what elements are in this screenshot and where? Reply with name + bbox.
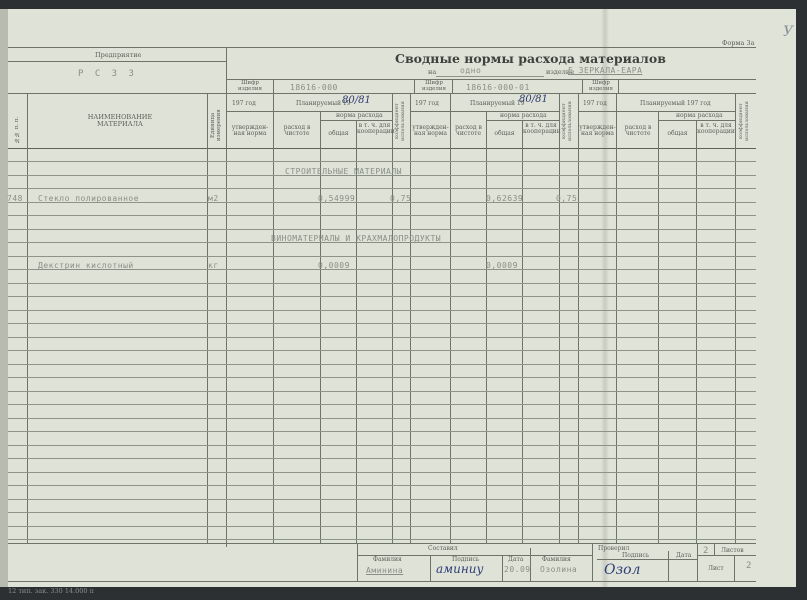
compiled-surname-label: Фамилия [373,557,402,563]
header-top-border [8,47,756,48]
paper-binding-edge [0,9,8,587]
b2-approved-header: утвержден-ная норма [411,125,450,137]
row-rule [8,512,756,513]
enterprise-label-divider [8,61,226,62]
b3-net-header: расход в чистоте [618,125,658,137]
b2-total-value: 0,62639 [486,194,523,203]
row-name-dextrin: Декстрин кислотный [38,261,134,270]
b2-planned-label: Планируемый 19 [470,101,525,107]
izdelie-value: Е ЗЕРКАЛА-ЕАРА [568,66,642,75]
row-rule [8,404,756,405]
row-rule [8,499,756,500]
b1-year-label: 197 год [232,101,256,107]
na-value: одно [460,66,481,75]
sheet-label: Лист [708,566,724,572]
shifr3-label: Шифр изделия [584,80,618,92]
b3-year-label: 197 год [583,101,607,107]
footer-div-e [714,543,715,555]
row-rule [8,472,756,473]
b1-coef-value: 0,75 [390,194,411,203]
shifr3-divider [618,79,619,93]
row-rule [8,337,756,338]
shifr2-divider [452,79,453,93]
section-title-construction: СТРОИТЕЛЬНЫЕ МАТЕРИАЛЫ [285,167,402,176]
shifr2-value: 18616-000-01 [466,83,530,92]
footer-div-b [502,555,503,581]
b1-planned-year-handwritten: 80/81 [342,95,371,106]
compiled-date-label: Дата [508,557,523,563]
checked-signature: Озол [604,562,640,578]
compiled-date: 20.09 [504,565,531,574]
b1-total-header: общая [322,131,355,137]
b1-div-total [356,120,357,543]
b3-approved-header: утвержден-ная норма [579,125,616,137]
shifr2-left-divider [414,79,415,93]
b2-norm-header: норма расхода [500,113,547,119]
row-rule [8,377,756,378]
b1-net-header: расход в чистоте [276,125,318,137]
row-rule [8,215,756,216]
b2-coop-header: в т. ч. для кооперации [523,123,559,135]
b2-coef-header: коэффициент использования [561,96,576,146]
row-rule [8,229,756,230]
footer-left-divider [357,543,358,581]
b3-div-total [696,120,697,543]
b1-norm-header: норма расхода [336,113,383,119]
row-rule [8,310,756,311]
row-number: 748 [7,194,23,203]
b2-total-value: 0,0009 [486,261,518,270]
checked-surname: Озолина [540,565,577,574]
row-rule [8,188,756,189]
b2-net-header: расход в чистоте [451,125,486,137]
b1-approved-header: утвержден-ная норма [229,125,271,137]
shifr-top-border [226,79,756,80]
b3-norm-divider [658,120,735,121]
b2-coef-value: 0,75 [556,194,577,203]
print-info: 12 тип. зак. 330 14.000 п [8,588,94,594]
b1-coop-header: в т. ч. для кооперации [357,123,392,135]
row-rule [8,350,756,351]
col-name-header: НАИМЕНОВАНИЕ МАТЕРИАЛА [70,114,170,128]
row-rule [8,431,756,432]
b3-coop-header: в т. ч. для кооперации [697,123,735,135]
footer-bottom-border [8,581,756,582]
shifr1-value: 18616-000 [290,83,338,92]
b1-total-value: 0,0009 [318,261,350,270]
b1-coef-header: коэффициент использования [394,96,409,146]
sheet-number: 2 [746,561,752,571]
footer-checked-divider [592,543,593,581]
row-rule [8,539,756,540]
section-title-wine-starch: ВИНОМАТЕРИАЛЫ И КРАХМАЛОПРОДУКТЫ [271,234,441,243]
row-rule [8,283,756,284]
form-title: Сводные нормы расхода материалов [395,51,666,66]
b2-planned-year-handwritten: 80/81 [519,94,548,105]
corner-page-mark: У [783,24,793,40]
b2-year-label: 197 год [415,101,439,107]
shifr1-label: Шифр изделия [230,80,270,92]
row-rule [8,323,756,324]
b2-norm-divider [486,120,559,121]
footer-div-a [430,555,431,581]
row-rule [8,391,756,392]
row-name-glass: Стекло полированное [38,194,139,203]
b2-div-total [522,120,523,543]
enterprise-label: Предприятие [95,52,141,58]
b3-planned-label: Планируемый 197 год [640,101,711,107]
row-rule [8,256,756,257]
b3-norm-header: норма расхода [676,113,723,119]
row-rule [8,526,756,527]
row-rule [8,364,756,365]
row-unit: м2 [208,194,219,203]
b2-total-header: общая [487,131,522,137]
row-rule [8,418,756,419]
na-underline [436,76,544,77]
sheets-label: Листов [721,548,744,554]
footer-sheets-divider [697,543,698,581]
columns-header-bottom-border [8,148,756,149]
na-label: на [428,69,436,75]
form-number: Форма 3а [722,40,754,46]
compiled-surname: Аминина [366,566,403,575]
footer-div-f [734,555,735,581]
row-rule [8,485,756,486]
footer-div-d [668,551,669,581]
sheets-divider [697,555,756,556]
shifr2-label: Шифр изделия [416,80,452,92]
col-number-header: №№ п. п. [14,115,20,145]
checked-sub-divider [597,559,697,560]
row-rule [8,296,756,297]
b3-coef-header: коэффициент использования [738,96,753,146]
shifr3-left-divider [582,79,583,93]
row-rule [8,161,756,162]
b1-norm-divider [320,120,392,121]
footer-top-border [8,543,756,544]
col-unit-header: Единица измерения [210,105,224,145]
compiled-signature: аминиу [436,562,483,576]
b1-total-value: 0,54999 [318,194,355,203]
row-unit: кг [208,261,219,270]
compiled-label: Составил [428,546,458,552]
checked-surname-label: Фамилия [542,557,571,563]
paper-right-panel [608,9,796,587]
b3-total-header: общая [659,131,696,137]
shifr1-divider [273,79,274,93]
row-rule [8,445,756,446]
columns-header-top-border [8,93,756,94]
enterprise-value: Р С З З [78,69,137,79]
row-rule [8,458,756,459]
